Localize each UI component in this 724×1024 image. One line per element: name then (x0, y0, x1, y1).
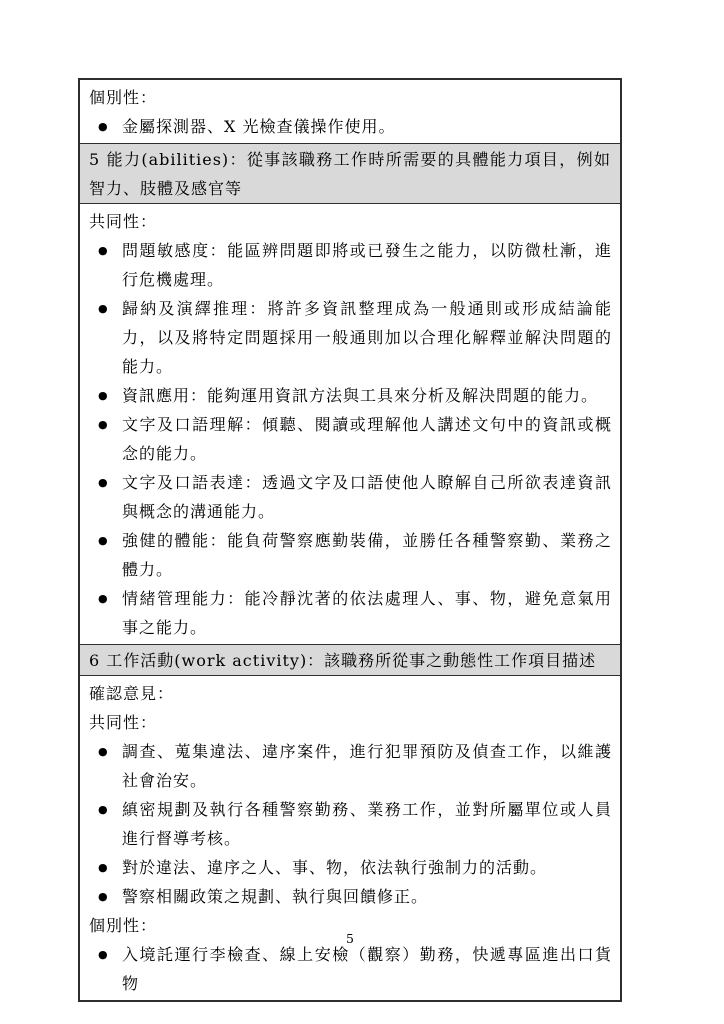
bullet-item: ● 情緒管理能力：能冷靜沈著的依法處理人、事、物，避免意氣用事之能力。 (89, 584, 612, 642)
section-label: 個別性： (89, 83, 612, 112)
bullet-item: ● 調查、蒐集違法、違序案件，進行犯罪預防及偵查工作，以維護社會治安。 (89, 737, 612, 795)
table-row-work-activity: 確認意見： 共同性： ● 調查、蒐集違法、違序案件，進行犯罪預防及偵查工作，以維… (80, 675, 620, 1000)
bullet-icon: ● (89, 737, 122, 795)
bullet-item: ● 歸納及演繹推理：將許多資訊整理成為一般通則或形成結論能力，以及將特定問題採用… (89, 294, 612, 381)
bullet-text: 金屬探測器、X 光檢查儀操作使用。 (122, 112, 612, 141)
bullet-text: 縝密規劃及執行各種警察勤務、業務工作，並對所屬單位或人員進行督導考核。 (122, 795, 612, 853)
bullet-text: 情緒管理能力：能冷靜沈著的依法處理人、事、物，避免意氣用事之能力。 (122, 584, 612, 642)
bullet-icon: ● (89, 236, 122, 294)
bullet-icon: ● (89, 853, 122, 882)
section-label: 共同性： (89, 207, 612, 236)
section-header-abilities: 5 能力(abilities)：從事該職務工作時所需要的具體能力項目，例如智力、… (80, 143, 620, 203)
section-label: 確認意見： (89, 679, 612, 708)
bullet-item: ● 文字及口語理解：傾聽、閱讀或理解他人講述文句中的資訊或概念的能力。 (89, 410, 612, 468)
bullet-icon: ● (89, 882, 122, 911)
section-header-work-activity: 6 工作活動(work activity)：該職務所從事之動態性工作項目描述 (80, 644, 620, 675)
table-row-abilities-common: 共同性： ● 問題敏感度：能區辨問題即將或已發生之能力，以防微杜漸，進行危機處理… (80, 203, 620, 644)
bullet-text: 歸納及演繹推理：將許多資訊整理成為一般通則或形成結論能力，以及將特定問題採用一般… (122, 294, 612, 381)
bullet-icon: ● (89, 795, 122, 853)
bullet-icon: ● (89, 294, 122, 381)
bullet-text: 對於違法、違序之人、事、物，依法執行強制力的活動。 (122, 853, 612, 882)
bullet-icon: ● (89, 112, 122, 141)
bullet-item: ● 強健的體能：能負荷警察應勤裝備，並勝任各種警察勤、業務之體力。 (89, 526, 612, 584)
bullet-icon: ● (89, 584, 122, 642)
section-header-text: 6 工作活動(work activity)：該職務所從事之動態性工作項目描述 (89, 646, 611, 675)
bullet-text: 入境託運行李檢查、線上安檢（觀察）勤務，快遞專區進出口貨物 (122, 940, 612, 998)
bullet-text: 資訊應用：能夠運用資訊方法與工具來分析及解決問題的能力。 (122, 381, 612, 410)
bullet-icon: ● (89, 381, 122, 410)
bullet-text: 調查、蒐集違法、違序案件，進行犯罪預防及偵查工作，以維護社會治安。 (122, 737, 612, 795)
bullet-item: ● 問題敏感度：能區辨問題即將或已發生之能力，以防微杜漸，進行危機處理。 (89, 236, 612, 294)
bullet-text: 文字及口語理解：傾聽、閱讀或理解他人講述文句中的資訊或概念的能力。 (122, 410, 612, 468)
bullet-item: ● 對於違法、違序之人、事、物，依法執行強制力的活動。 (89, 853, 612, 882)
bullet-item: ● 文字及口語表達：透過文字及口語使他人瞭解自己所欲表達資訊與概念的溝通能力。 (89, 468, 612, 526)
table-row-individuality-tail: 個別性： ● 金屬探測器、X 光檢查儀操作使用。 (80, 80, 620, 143)
bullet-text: 問題敏感度：能區辨問題即將或已發生之能力，以防微杜漸，進行危機處理。 (122, 236, 612, 294)
bullet-text: 警察相關政策之規劃、執行與回饋修正。 (122, 882, 612, 911)
bullet-item: ● 金屬探測器、X 光檢查儀操作使用。 (89, 112, 612, 141)
bullet-text: 文字及口語表達：透過文字及口語使他人瞭解自己所欲表達資訊與概念的溝通能力。 (122, 468, 612, 526)
bullet-item: ● 資訊應用：能夠運用資訊方法與工具來分析及解決問題的能力。 (89, 381, 612, 410)
bullet-item: ● 警察相關政策之規劃、執行與回饋修正。 (89, 882, 612, 911)
section-header-text: 5 能力(abilities)：從事該職務工作時所需要的具體能力項目，例如智力、… (89, 145, 611, 203)
bullet-item: ● 入境託運行李檢查、線上安檢（觀察）勤務，快遞專區進出口貨物 (89, 940, 612, 998)
bullet-text: 強健的體能：能負荷警察應勤裝備，並勝任各種警察勤、業務之體力。 (122, 526, 612, 584)
bullet-icon: ● (89, 468, 122, 526)
bullet-item: ● 縝密規劃及執行各種警察勤務、業務工作，並對所屬單位或人員進行督導考核。 (89, 795, 612, 853)
bullet-icon: ● (89, 410, 122, 468)
section-label: 共同性： (89, 708, 612, 737)
bullet-icon: ● (89, 526, 122, 584)
bullet-icon: ● (89, 940, 122, 998)
job-description-table: 個別性： ● 金屬探測器、X 光檢查儀操作使用。 5 能力(abilities)… (78, 78, 622, 1002)
page-number: 5 (78, 931, 622, 946)
